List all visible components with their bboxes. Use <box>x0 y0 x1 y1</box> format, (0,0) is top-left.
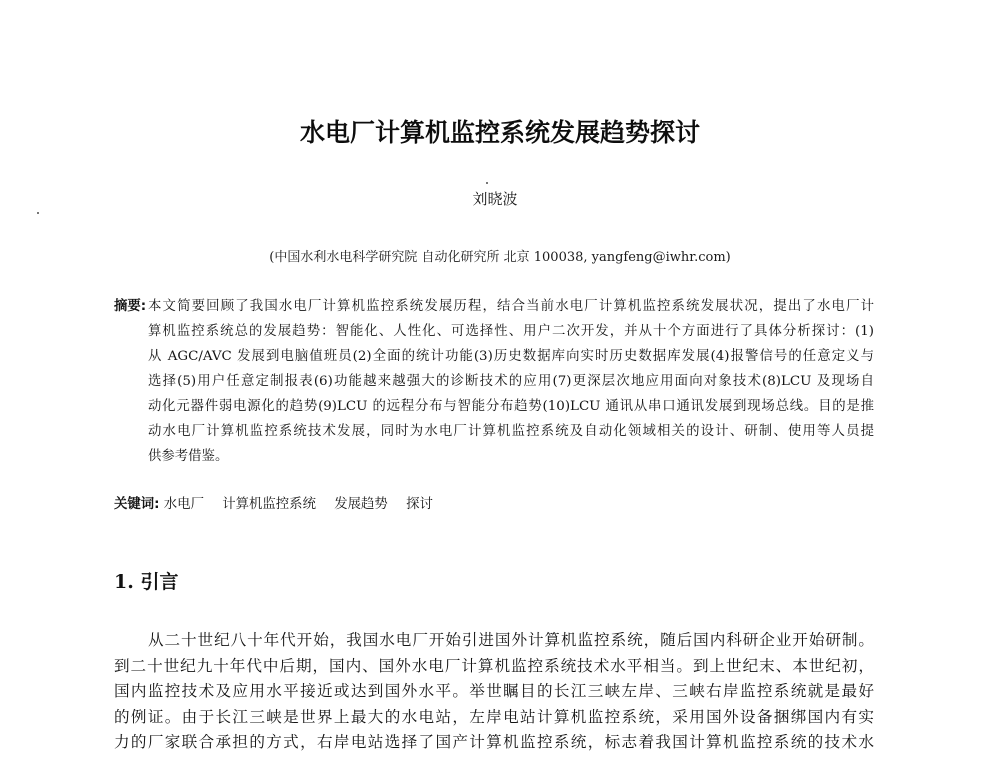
abstract-line: 动化元器件弱电源化的趋势(9)LCU 的远程分布与智能分布趋势(10)LCU 通… <box>148 394 874 419</box>
body-line: 从二十世纪八十年代开始，我国水电厂开始引进国外计算机监控系统，随后国内科研企业开… <box>114 628 874 654</box>
abstract-line: 供参考借鉴。 <box>148 444 874 469</box>
abstract-label: 摘要: <box>114 294 146 319</box>
keyword: 探讨 <box>406 497 433 512</box>
paper-author: 刘晓波 <box>0 188 990 209</box>
abstract-line: 本文简要回顾了我国水电厂计算机监控系统发展历程，结合当前水电厂计算机监控系统发展… <box>148 294 874 319</box>
paper-affiliation: (中国水利水电科学研究院 自动化研究所 北京 100038, yangfeng@… <box>0 246 1000 265</box>
scan-speck <box>486 182 488 184</box>
abstract-line: 从 AGC/AVC 发展到电脑值班员(2)全面的统计功能(3)历史数据库向实时历… <box>148 344 874 369</box>
body-line: 力的厂家联合承担的方式，右岸电站选择了国产计算机监控系统，标志着我国计算机监控系… <box>114 730 874 756</box>
keywords-label: 关键词: <box>114 497 160 512</box>
document-page: 水电厂计算机监控系统发展趋势探讨 刘晓波 (中国水利水电科学研究院 自动化研究所… <box>0 0 1000 760</box>
abstract: 摘要: 本文简要回顾了我国水电厂计算机监控系统发展历程，结合当前水电厂计算机监控… <box>114 294 874 469</box>
body-line: 国内监控技术及应用水平接近或达到国外水平。举世瞩目的长江三峡左岸、三峡右岸监控系… <box>114 679 874 705</box>
abstract-line: 动水电厂计算机监控系统技术发展，同时为水电厂计算机监控系统及自动化领域相关的设计… <box>148 419 874 444</box>
abstract-text: 本文简要回顾了我国水电厂计算机监控系统发展历程，结合当前水电厂计算机监控系统发展… <box>148 294 874 469</box>
keywords: 关键词: 水电厂 计算机监控系统 发展趋势 探讨 <box>114 493 447 512</box>
section-body: 从二十世纪八十年代开始，我国水电厂开始引进国外计算机监控系统，随后国内科研企业开… <box>114 628 874 756</box>
body-line: 到二十世纪九十年代中后期，国内、国外水电厂计算机监控系统技术水平相当。到上世纪末… <box>114 654 874 680</box>
keyword: 计算机监控系统 <box>222 497 316 512</box>
keyword: 水电厂 <box>164 497 204 512</box>
body-line: 的例证。由于长江三峡是世界上最大的水电站，左岸电站计算机监控系统，采用国外设备捆… <box>114 705 874 731</box>
section-heading: 1. 引言 <box>114 567 178 594</box>
abstract-line: 选择(5)用户任意定制报表(6)功能越来越强大的诊断技术的应用(7)更深层次地应… <box>148 369 874 394</box>
paper-title: 水电厂计算机监控系统发展趋势探讨 <box>0 113 1000 149</box>
scan-speck <box>37 212 39 214</box>
keyword: 发展趋势 <box>334 497 388 512</box>
abstract-line: 算机监控系统总的发展趋势：智能化、人性化、可选择性、用户二次开发，并从十个方面进… <box>148 319 874 344</box>
